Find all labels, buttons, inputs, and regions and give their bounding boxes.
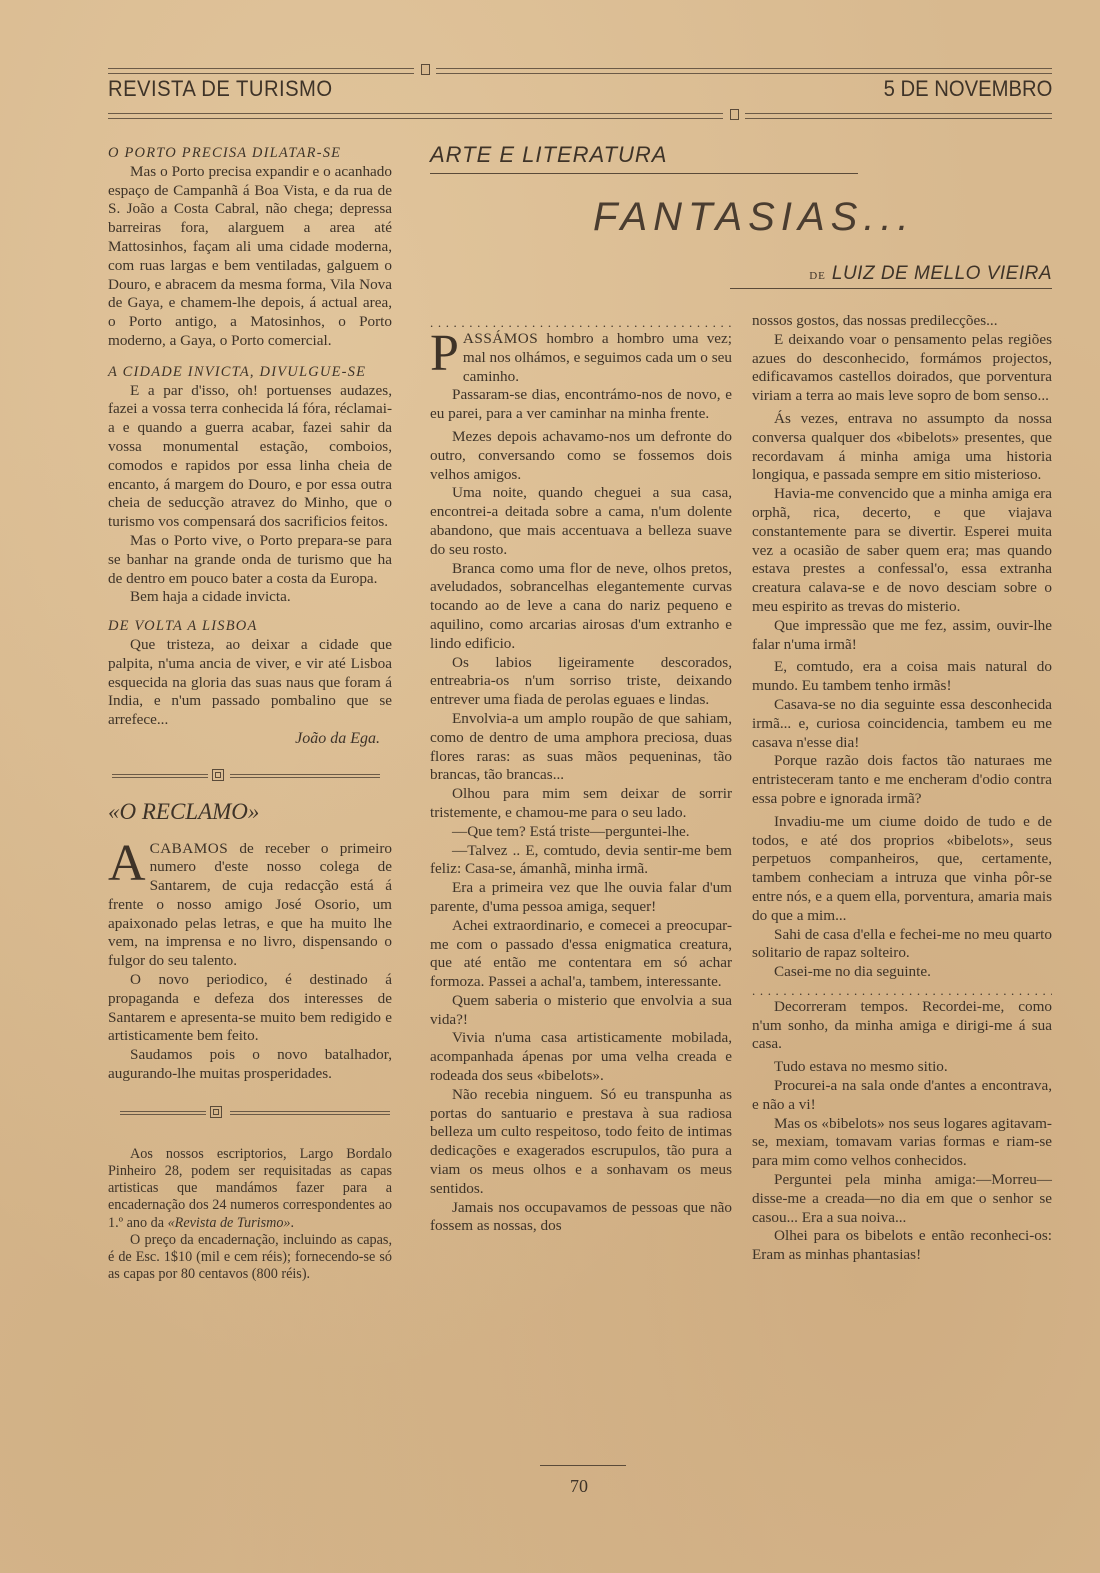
paragraph: Ás vezes, entrava no assumpto da nossa c… bbox=[752, 410, 1052, 485]
paragraph: Os labios ligeiramente descorados, entre… bbox=[430, 654, 732, 710]
header-ornament-bottom bbox=[730, 109, 739, 120]
paragraph: Passaram-se dias, encontrámo-nos de novo… bbox=[430, 386, 732, 424]
right-column: nossos gostos, das nossas predilecções..… bbox=[752, 312, 1052, 1265]
paragraph: —Talvez .. E, comtudo, devia sentir-me b… bbox=[430, 842, 732, 880]
paragraph: Porque razão dois factos tão naturaes me… bbox=[752, 752, 1052, 808]
paragraph: nossos gostos, das nossas predilecções..… bbox=[752, 312, 1052, 331]
paragraph: Tudo estava no mesmo sitio. bbox=[752, 1058, 1052, 1077]
left-column: O PORTO PRECISA DILATAR-SE Mas o Porto p… bbox=[108, 144, 392, 1283]
paragraph: Casava-se no dia seguinte essa desconhec… bbox=[752, 696, 1052, 752]
paragraph: Branca como uma flor de neve, olhos pret… bbox=[430, 560, 732, 654]
paragraph: Envolvia-a um amplo roupão de que sahiam… bbox=[430, 710, 732, 785]
paragraph: Uma noite, quando cheguei a sua casa, en… bbox=[430, 484, 732, 559]
paragraph: Perguntei pela minha amiga:—Morreu—disse… bbox=[752, 1171, 1052, 1227]
paragraph: Quem saberia o misterio que envolvia a s… bbox=[430, 992, 732, 1030]
paragraph: Decorreram tempos. Recordei-me, como n'u… bbox=[752, 998, 1052, 1054]
section-title-lisboa: DE VOLTA A LISBOA bbox=[108, 617, 392, 636]
paragraph: Bem haja a cidade invicta. bbox=[108, 588, 392, 607]
paragraph: —Que tem? Está triste—perguntei-lhe. bbox=[430, 823, 732, 842]
paragraph: ACABAMOS de receber o primeiro numero d'… bbox=[108, 840, 392, 972]
paragraph: Procurei-a na sala onde d'antes a encont… bbox=[752, 1077, 1052, 1115]
paragraph: PASSÁMOS hombro a hombro uma vez; mal no… bbox=[430, 330, 732, 386]
paragraph: O preço da encadernação, incluindo as ca… bbox=[108, 1232, 392, 1284]
paragraph: Mezes depois achavamo-nos um defronte do… bbox=[430, 428, 732, 484]
publication-name: REVISTA DE TURISMO bbox=[108, 76, 333, 102]
notice-box: Aos nossos escriptorios, Largo Bordalo P… bbox=[108, 1146, 392, 1284]
header-rule-top-left bbox=[108, 68, 414, 74]
ellipsis-divider: ........................................… bbox=[430, 316, 732, 330]
paragraph: Vivia n'uma casa artisticamente mobilada… bbox=[430, 1029, 732, 1085]
section-heading-rule bbox=[430, 173, 858, 174]
header-rule-bottom-left bbox=[108, 113, 723, 119]
paragraph: Aos nossos escriptorios, Largo Bordalo P… bbox=[108, 1146, 392, 1232]
section-title-porto: O PORTO PRECISA DILATAR-SE bbox=[108, 144, 392, 163]
paragraph: E, comtudo, era a coisa mais natural do … bbox=[752, 658, 1052, 696]
paragraph: Que tristeza, ao deixar a cidade que pal… bbox=[108, 636, 392, 730]
paragraph: Mas o Porto vive, o Porto prepara-se par… bbox=[108, 532, 392, 588]
section-divider bbox=[108, 769, 392, 783]
byline-rule bbox=[730, 288, 1052, 289]
paragraph: Era a primeira vez que lhe ouvia falar d… bbox=[430, 879, 732, 917]
paragraph: Olhou para mim sem deixar de sorrir tris… bbox=[430, 785, 732, 823]
section-divider bbox=[108, 1106, 392, 1120]
byline: DELUIZ DE MELLO VIEIRA bbox=[809, 263, 1052, 285]
paragraph: E deixando voar o pensamento pelas regiõ… bbox=[752, 331, 1052, 406]
divider-ornament-icon bbox=[212, 769, 224, 781]
paragraph: Mas os «bibelots» nos seus logares agita… bbox=[752, 1115, 1052, 1171]
header-ornament-top bbox=[421, 64, 430, 75]
footer-rule bbox=[540, 1465, 626, 1466]
header-rule-top-right bbox=[436, 68, 1052, 74]
author-name: LUIZ DE MELLO VIEIRA bbox=[832, 263, 1052, 284]
paragraph: Não recebia ninguem. Só eu transpunha as… bbox=[430, 1086, 732, 1199]
signature: João da Ega. bbox=[108, 730, 392, 749]
drop-cap: P bbox=[430, 334, 459, 374]
paragraph: Olhei para os bibelots e então reconheci… bbox=[752, 1227, 1052, 1265]
paragraph: Saudamos pois o novo batalhador, auguran… bbox=[108, 1046, 392, 1084]
magazine-page: REVISTA DE TURISMO 5 DE NOVEMBRO O PORTO… bbox=[108, 60, 1052, 1540]
paragraph: Havia-me convencido que a minha amiga er… bbox=[752, 485, 1052, 617]
page-number: 70 bbox=[570, 1476, 588, 1497]
paragraph: Mas o Porto precisa expandir e o acanhad… bbox=[108, 163, 392, 351]
paragraph: Invadiu-me um ciume doido de tudo e de t… bbox=[752, 813, 1052, 926]
paragraph: Que impressão que me fez, assim, ouvir-l… bbox=[752, 617, 1052, 655]
section-heading: ARTE E LITERATURA bbox=[430, 142, 667, 168]
paragraph: E a par d'isso, oh! portuenses audazes, … bbox=[108, 382, 392, 532]
divider-ornament-icon bbox=[210, 1106, 222, 1118]
paragraph: Sahi de casa d'ella e fechei-me no meu q… bbox=[752, 926, 1052, 964]
middle-column: ........................................… bbox=[430, 316, 732, 1236]
section-title-reclamo: «O RECLAMO» bbox=[108, 803, 392, 822]
paragraph: O novo periodico, é destinado á propagan… bbox=[108, 971, 392, 1046]
drop-cap: A bbox=[108, 844, 146, 884]
ellipsis-divider: ........................................… bbox=[752, 984, 1052, 998]
header-rule-bottom-right bbox=[745, 113, 1052, 119]
section-title-invicta: A CIDADE INVICTA, DIVULGUE-SE bbox=[108, 363, 392, 382]
paragraph: Jamais nos occupavamos de pessoas que nã… bbox=[430, 1199, 732, 1237]
paragraph: Achei extraordinario, e comecei a preocu… bbox=[430, 917, 732, 992]
article-title: FANTASIAS... bbox=[593, 195, 915, 240]
paragraph: Casei-me no dia seguinte. bbox=[752, 963, 1052, 982]
issue-date: 5 DE NOVEMBRO bbox=[883, 76, 1052, 102]
